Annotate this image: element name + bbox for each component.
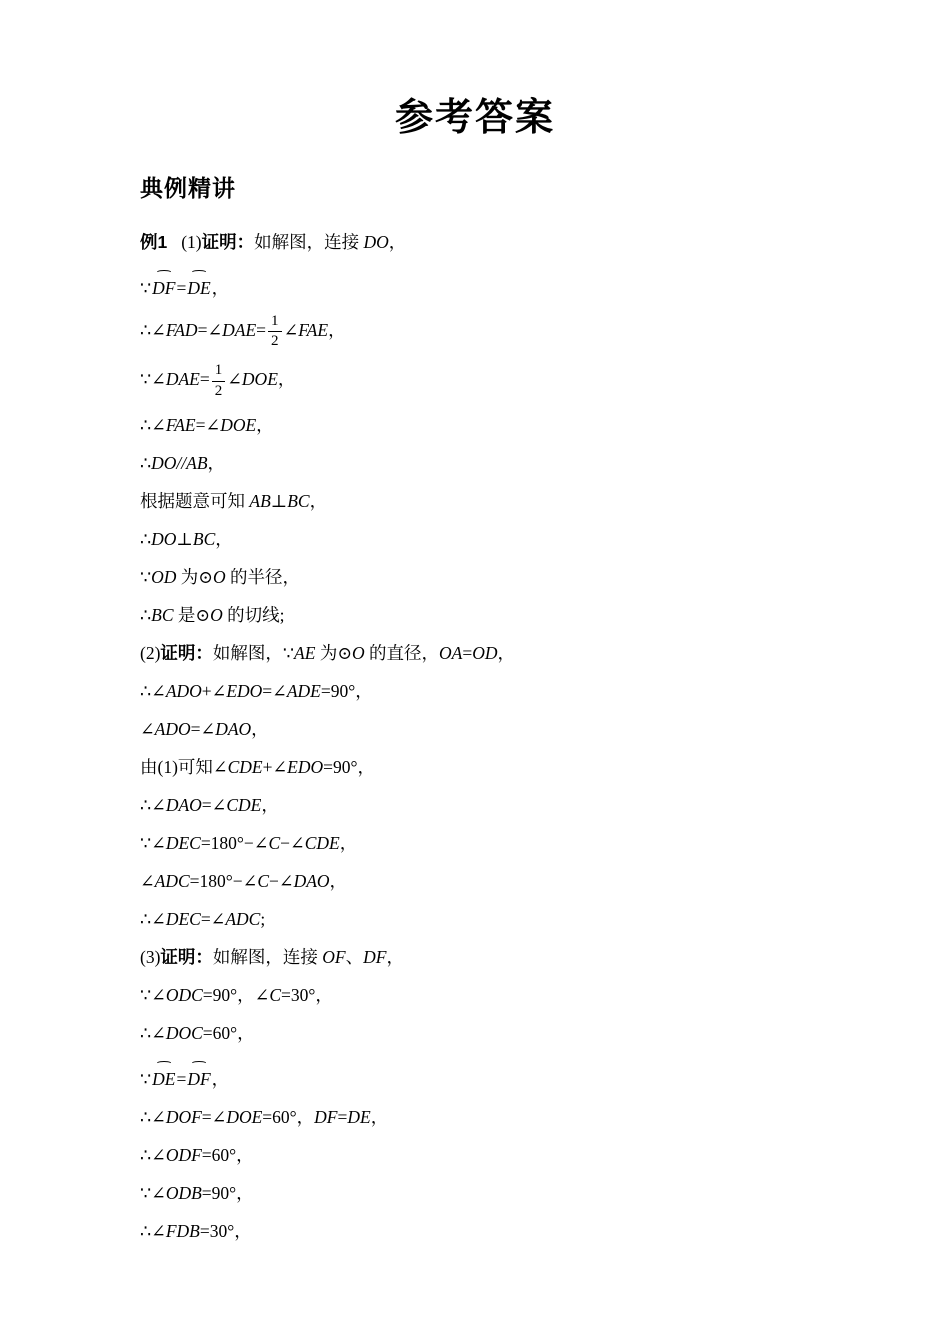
text-segment: ， (355, 681, 373, 701)
text-segment: ， (256, 415, 274, 435)
text-segment: ， (386, 947, 404, 967)
symbol-segment: =90° (202, 1183, 236, 1203)
text-segment: (1) (181, 232, 201, 252)
symbol-segment: ∵∠ (140, 985, 166, 1005)
text-segment: ， (297, 1107, 315, 1127)
math-segment: DO (151, 529, 176, 549)
proof-line: ∴∠FAD=∠DAE=12∠FAE， (140, 313, 870, 351)
proof-line: ∵∠ODB=90°， (140, 1180, 870, 1206)
text-segment: ， (357, 757, 375, 777)
text-segment: ， (310, 491, 328, 511)
symbol-segment: =60° (203, 1023, 237, 1043)
symbol-segment: = (256, 320, 266, 340)
math-segment: DOC (166, 1023, 203, 1043)
math-segment: CDE (228, 757, 263, 777)
math-segment: DEC (166, 909, 201, 929)
symbol-segment: =∠ (202, 795, 227, 815)
text-segment: ; (260, 909, 265, 929)
symbol-segment: = (176, 278, 186, 298)
proof-line: ∵∠DEC=180°−∠C−∠CDE， (140, 830, 870, 856)
text-segment: ， (236, 1145, 254, 1165)
math-segment: EDO (287, 757, 323, 777)
text-segment: ， (208, 453, 226, 473)
math-segment: AB (186, 453, 207, 473)
math-segment: BC (151, 605, 173, 625)
document-page: 参考答案 典例精讲 例1(1)证明：如解图，连接 DO，∵⌢DF=⌢DE，∴∠F… (0, 0, 950, 1344)
page-title: 参考答案 (0, 0, 950, 140)
symbol-segment: = (200, 369, 210, 389)
symbol-segment: ∵∠ (140, 833, 166, 853)
symbol-segment: ⊥ (271, 491, 287, 511)
symbol-segment: ∴∠ (140, 415, 166, 435)
math-segment: ADO (166, 681, 202, 701)
text-segment: (3) (140, 947, 160, 967)
math-segment: BC (193, 529, 215, 549)
section-heading: 典例精讲 (140, 170, 950, 203)
math-segment: AB (249, 491, 270, 511)
proof-line: ∵∠DAE=12∠DOE， (140, 362, 870, 400)
text-segment: ， (371, 1107, 389, 1127)
symbol-segment: ∵∠ (140, 1183, 166, 1203)
proof-line: ∵⌢DE=⌢DF， (140, 1058, 870, 1092)
proof-line: ∵∠ODC=90°，∠C=30°， (140, 982, 870, 1008)
math-segment: O (352, 643, 365, 663)
text-segment: 的半径， (226, 567, 300, 587)
math-segment: O (210, 605, 223, 625)
symbol-segment: ∵ (140, 567, 151, 587)
math-segment: ADC (155, 871, 190, 891)
arc-icon: ⌢ (155, 1055, 172, 1067)
proof-line: ∴∠FAE=∠DOE， (140, 412, 870, 438)
bold-segment: 证明： (160, 947, 213, 967)
symbol-segment: −∠ (280, 833, 305, 853)
proof-line: ∴∠DOF=∠DOE=60°，DF=DE， (140, 1104, 870, 1130)
symbol-segment: ∵∠ (140, 369, 166, 389)
math-segment: C (257, 871, 269, 891)
symbol-segment: =180°−∠ (190, 871, 258, 891)
symbol-segment: ∠ (140, 719, 155, 739)
symbol-segment: ∠ (140, 871, 155, 891)
symbol-segment: ∴ (140, 529, 151, 549)
math-segment: ADC (225, 909, 260, 929)
math-segment: ADO (155, 719, 191, 739)
symbol-segment: =∠ (191, 719, 216, 739)
symbol-segment: ∴ (140, 605, 151, 625)
example-label: 例1 (140, 232, 167, 252)
symbol-segment: +∠ (263, 757, 288, 777)
proof-line: ∴∠FDB=30°， (140, 1218, 870, 1244)
symbol-segment: ∴∠ (140, 320, 166, 340)
text-segment: ， (236, 1183, 254, 1203)
math-segment: O (213, 567, 226, 587)
math-segment: ODC (166, 985, 203, 1005)
symbol-segment: = (462, 643, 472, 663)
symbol-segment: ∠ (227, 369, 242, 389)
text-segment: ， (328, 320, 346, 340)
math-segment: FAE (166, 415, 196, 435)
math-segment: DAE (222, 320, 256, 340)
math-segment: OD (151, 567, 176, 587)
math-segment: C (268, 833, 280, 853)
text-segment: ， (215, 529, 233, 549)
symbol-segment: ∴∠ (140, 1107, 166, 1127)
symbol-segment: =∠ (262, 681, 287, 701)
math-segment: ODB (166, 1183, 202, 1203)
symbol-segment: ∠ (255, 985, 270, 1005)
proof-line: 例1(1)证明：如解图，连接 DO， (140, 229, 870, 255)
math-segment: FDB (166, 1221, 200, 1241)
symbol-segment: ∵ (283, 643, 294, 663)
proof-line: (2)证明：如解图，∵AE 为⊙O 的直径，OA=OD， (140, 640, 870, 666)
overarc-expression: ⌢DF (152, 267, 175, 301)
math-segment: DO (364, 232, 389, 252)
proof-line: 根据题意可知 AB⊥BC， (140, 488, 870, 514)
symbol-segment: ∠ (284, 320, 299, 340)
bold-segment: 证明： (160, 643, 213, 663)
proof-line: ∴DO⊥BC， (140, 526, 870, 552)
proof-line: ∴BC 是⊙O 的切线; (140, 602, 870, 628)
proof-line: ∴∠DAO=∠CDE， (140, 792, 870, 818)
symbol-segment: ∴ (140, 453, 151, 473)
symbol-segment: =∠ (196, 415, 221, 435)
symbol-segment: ∴∠ (140, 1145, 166, 1165)
proof-line: 由(1)可知∠CDE+∠EDO=90°， (140, 754, 870, 780)
math-segment: DAO (294, 871, 330, 891)
math-segment: ODF (166, 1145, 202, 1165)
text-segment: 为 (315, 643, 337, 663)
symbol-segment: =∠ (198, 320, 223, 340)
text-segment: ， (330, 871, 348, 891)
symbol-segment: ∴∠ (140, 1221, 166, 1241)
overarc-expression: ⌢DE (152, 1058, 175, 1092)
text-segment: 的切线; (223, 605, 285, 625)
text-segment: ， (389, 232, 407, 252)
proof-line: ∴∠DOC=60°， (140, 1020, 870, 1046)
symbol-segment: −∠ (269, 871, 294, 891)
symbol-segment: ⊥ (176, 529, 192, 549)
math-segment: FAD (166, 320, 198, 340)
math-segment: DOF (166, 1107, 202, 1127)
bold-segment: 证明： (202, 232, 255, 252)
math-segment: AE (294, 643, 315, 663)
symbol-segment: =180°−∠ (201, 833, 269, 853)
symbol-segment: ∴∠ (140, 681, 166, 701)
symbol-segment: ∠ (213, 757, 228, 777)
text-segment: 的直径， (365, 643, 439, 663)
symbol-segment: ∴∠ (140, 909, 166, 929)
text-segment: 由(1)可知 (140, 757, 213, 777)
math-segment: EDO (226, 681, 262, 701)
math-segment: OF (322, 947, 345, 967)
symbol-segment: ∵ (140, 278, 151, 298)
symbol-segment: ⊙ (195, 605, 210, 625)
symbol-segment: ∴∠ (140, 1023, 166, 1043)
math-segment: DF (314, 1107, 337, 1127)
text-segment: ， (278, 369, 296, 389)
math-segment: ADE (287, 681, 321, 701)
proof-line: ∴∠ODF=60°， (140, 1142, 870, 1168)
math-segment: CDE (226, 795, 261, 815)
text-segment: 是 (174, 605, 196, 625)
text-segment: ， (497, 643, 515, 663)
overarc-expression: ⌢DE (187, 267, 210, 301)
proof-line: ∵⌢DF=⌢DE， (140, 267, 870, 301)
text-segment: ， (212, 1069, 230, 1089)
text-segment: 如解图， (213, 643, 283, 663)
proof-line: (3)证明：如解图，连接 OF、DF， (140, 944, 870, 970)
fraction: 12 (212, 362, 226, 400)
math-segment: DOE (242, 369, 278, 389)
math-segment: DE (347, 1107, 370, 1127)
symbol-segment: ⊙ (198, 567, 213, 587)
text-segment: ， (340, 833, 358, 853)
symbol-segment: +∠ (202, 681, 227, 701)
math-segment: DOE (226, 1107, 262, 1127)
math-segment: DF (363, 947, 386, 967)
math-segment: DAE (166, 369, 200, 389)
text-segment: ， (237, 1023, 255, 1043)
math-segment: C (269, 985, 281, 1005)
text-segment: ， (234, 1221, 252, 1241)
math-segment: CDE (305, 833, 340, 853)
text-segment: (2) (140, 643, 160, 663)
symbol-segment: =60° (202, 1145, 236, 1165)
math-segment: DOE (220, 415, 256, 435)
proof-line: ∴DO//AB， (140, 450, 870, 476)
text-segment: 如解图，连接 (254, 232, 363, 252)
math-segment: DEC (166, 833, 201, 853)
proof-line: ∴∠DEC=∠ADC; (140, 906, 870, 932)
text-segment: 、 (346, 947, 364, 967)
arc-icon: ⌢ (191, 1055, 208, 1067)
math-segment: // (176, 453, 186, 473)
symbol-segment: =∠ (202, 1107, 227, 1127)
symbol-segment: ∴∠ (140, 795, 166, 815)
symbol-segment: =60° (262, 1107, 296, 1127)
symbol-segment: =30° (281, 985, 315, 1005)
math-segment: FAE (298, 320, 328, 340)
math-segment: BC (287, 491, 309, 511)
text-segment: 如解图，连接 (213, 947, 322, 967)
text-segment: ， (315, 985, 333, 1005)
symbol-segment: =90° (323, 757, 357, 777)
text-segment: ， (251, 719, 269, 739)
symbol-segment: =90° (321, 681, 355, 701)
proof-line: ∠ADO=∠DAO， (140, 716, 870, 742)
symbol-segment: =∠ (201, 909, 226, 929)
text-segment: ， (261, 795, 279, 815)
math-segment: DAO (215, 719, 251, 739)
symbol-segment: = (338, 1107, 348, 1127)
text-segment: 为 (176, 567, 198, 587)
math-segment: DO (151, 453, 176, 473)
arc-icon: ⌢ (191, 264, 208, 276)
proof-lines: 例1(1)证明：如解图，连接 DO，∵⌢DF=⌢DE，∴∠FAD=∠DAE=12… (140, 229, 870, 1244)
symbol-segment: ⊙ (337, 643, 352, 663)
math-segment: OD (472, 643, 497, 663)
fraction: 12 (268, 313, 282, 351)
text-segment: 根据题意可知 (140, 491, 249, 511)
math-segment: DAO (166, 795, 202, 815)
text-segment: ， (212, 278, 230, 298)
overarc-expression: ⌢DF (187, 1058, 210, 1092)
proof-line: ∠ADC=180°−∠C−∠DAO， (140, 868, 870, 894)
arc-icon: ⌢ (155, 264, 172, 276)
math-segment: OA (439, 643, 462, 663)
symbol-segment: =30° (200, 1221, 234, 1241)
proof-line: ∴∠ADO+∠EDO=∠ADE=90°， (140, 678, 870, 704)
symbol-segment: =90° (203, 985, 237, 1005)
text-segment: ， (237, 985, 255, 1005)
symbol-segment: = (176, 1069, 186, 1089)
proof-line: ∵OD 为⊙O 的半径， (140, 564, 870, 590)
symbol-segment: ∵ (140, 1069, 151, 1089)
